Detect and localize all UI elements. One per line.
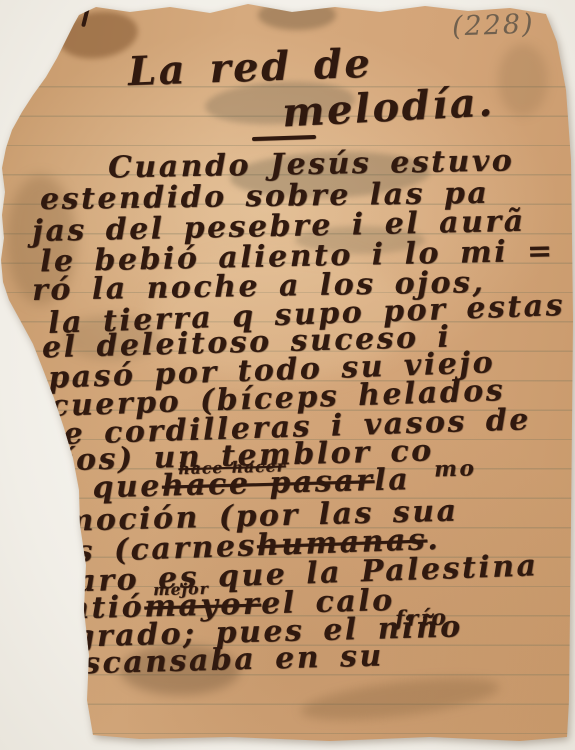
handwriting-line: descansaba en su (38, 641, 384, 680)
handwriting-text: el que (38, 472, 163, 505)
handwriting-layer: La red demelodía.Cuando Jesús estuvoeste… (0, 0, 575, 750)
handwriting-text: la (374, 465, 411, 496)
scan-background: (228) La red demelodía.Cuando Jesús estu… (0, 0, 575, 750)
handwriting-text: descansaba en su (38, 641, 384, 680)
title-underline (252, 135, 316, 141)
title-line: melodía. (281, 82, 495, 133)
handwriting-text: melodía. (281, 82, 495, 133)
interlinear-insertion: mejor (153, 581, 209, 598)
paper-shadow: (228) La red demelodía.Cuando Jesús estu… (0, 0, 575, 750)
handwriting-text: mo (434, 459, 477, 482)
manuscript-paper: (228) La red demelodía.Cuando Jesús estu… (0, 0, 575, 750)
title-line: La red de (127, 44, 373, 93)
interlinear-insertion: hace hacer (178, 458, 286, 476)
handwriting-text: La red de (127, 44, 373, 93)
